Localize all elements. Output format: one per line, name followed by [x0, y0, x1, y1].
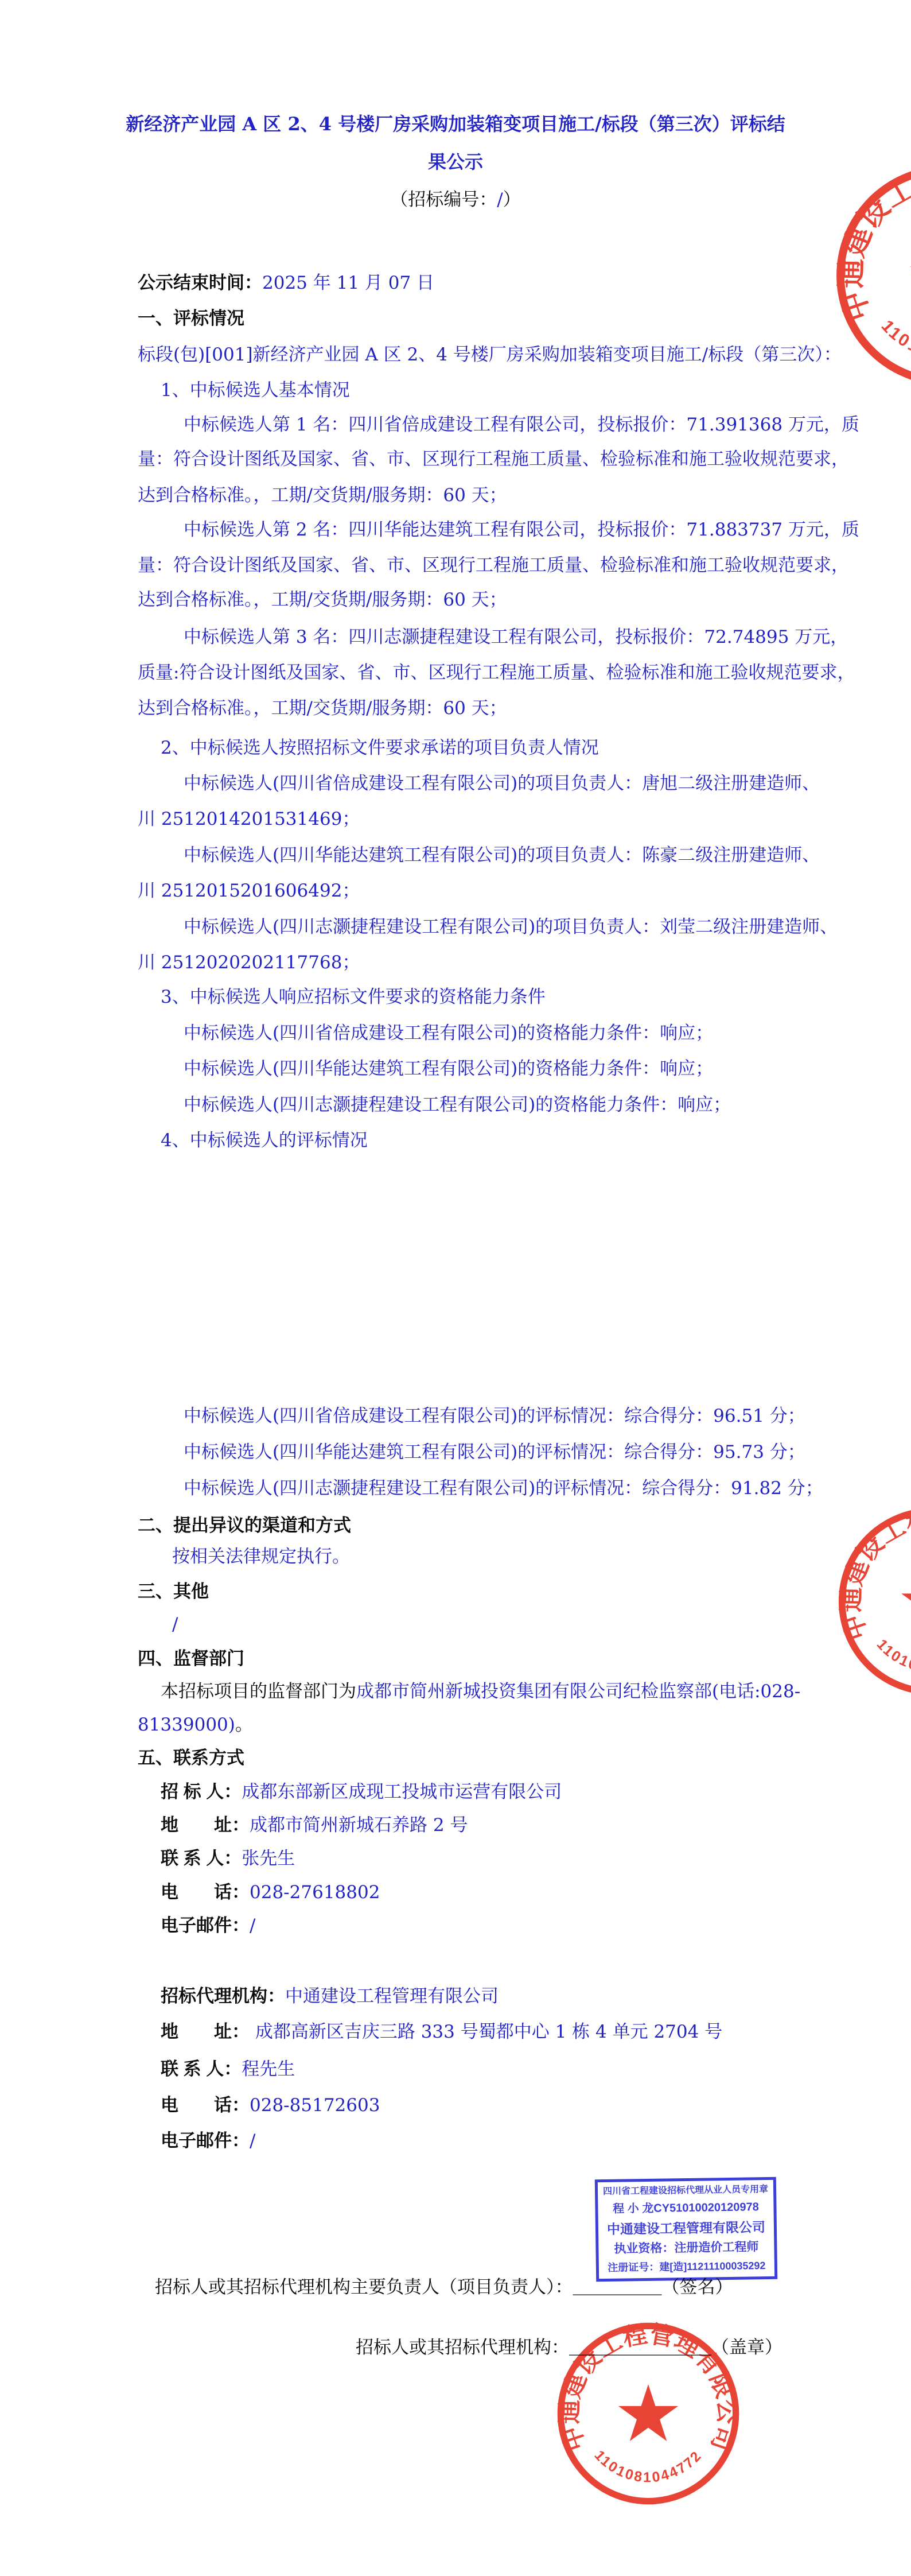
other-text: /: [172, 1612, 178, 1636]
company-seal-bottom: [554, 2319, 743, 2508]
stamp-line-qualification: 执业资格：注册造价工程师: [614, 2241, 758, 2257]
manager-3-line2: 川 2512020202117768；: [138, 951, 360, 975]
tenderer-name: 招 标 人：成都东部新区成现工投城市运营有限公司: [161, 1780, 562, 1804]
stamp-line-reg-number: 注册证号：建[造]11211100035292: [608, 2260, 765, 2274]
text-span: 4、中标候选人的评标情况: [161, 1130, 368, 1151]
text-span: 按相关法律规定执行。: [172, 1546, 350, 1567]
text-span: 川 2512020202117768；: [138, 952, 360, 973]
bid-section-line: 标段(包)[001]新经济产业园 A 区 2、4 号楼厂房采购加装箱变项目施工/…: [138, 343, 842, 367]
stamp-line-title: 四川省工程建设招标代理从业人员专用章: [603, 2185, 768, 2197]
text-span: 中标候选人第 3 名：四川志灏捷程建设工程有限公司，投标报价：72.74895 …: [184, 627, 848, 647]
score-2: 中标候选人(四川华能达建筑工程有限公司)的评标情况：综合得分：95.73 分；: [184, 1440, 805, 1464]
candidate-2-info-line1: 中标候选人第 2 名：四川华能达建筑工程有限公司，投标报价：71.883737 …: [184, 518, 859, 542]
text-span: 中标候选人(四川志灏捷程建设工程有限公司)的项目负责人：刘莹二级注册建造师、: [184, 917, 838, 937]
page-title-line1: 新经济产业园 A 区 2、4 号楼厂房采购加装箱变项目施工/标段（第三次）评标结: [0, 111, 911, 137]
text-span: 中标候选人(四川华能达建筑工程有限公司)的项目负责人：陈豪二级注册建造师、: [184, 845, 820, 866]
text-span: 达到合格标准。，工期/交货期/服务期：60 天；: [138, 485, 507, 506]
candidate-3-info-line3: 达到合格标准。，工期/交货期/服务期：60 天；: [138, 696, 507, 720]
manager-2-line1: 中标候选人(四川华能达建筑工程有限公司)的项目负责人：陈豪二级注册建造师、: [184, 843, 820, 867]
agency-email: 电子邮件：/: [161, 2129, 255, 2153]
text-span: 量：符合设计图纸及国家、省、市、区现行工程施工质量、检验标准和施工验收规范要求，: [138, 449, 849, 470]
candidate-3-info-line2: 质量:符合设计图纸及国家、省、市、区现行工程施工质量、检验标准和施工验收规范要求…: [138, 661, 855, 685]
tender-number-line: （招标编号：/）: [0, 187, 911, 212]
manager-3-line1: 中标候选人(四川志灏捷程建设工程有限公司)的项目负责人：刘莹二级注册建造师、: [184, 915, 838, 939]
document-page: 新经济产业园 A 区 2、4 号楼厂房采购加装箱变项目施工/标段（第三次）评标结…: [0, 0, 911, 2576]
subsection-2-heading: 2、中标候选人按照招标文件要求承诺的项目负责人情况: [161, 736, 599, 760]
text-span: 招标人或其招标代理机构主要负责人（项目负责人）：: [155, 2277, 573, 2298]
subsection-1-heading: 1、中标候选人基本情况: [161, 378, 350, 402]
agency-name: 招标代理机构：中通建设工程管理有限公司: [161, 1984, 499, 2008]
text-span: 电子邮件：: [161, 1915, 250, 1935]
company-seal-top-right: [832, 161, 911, 390]
text-span: 中标候选人(四川省倍成建设工程有限公司)的项目负责人：唐旭二级注册建造师、: [184, 773, 820, 794]
candidate-2-info-line2: 量：符合设计图纸及国家、省、市、区现行工程施工质量、检验标准和施工验收规范要求，: [138, 553, 849, 577]
text-span: 中标候选人(四川志灏捷程建设工程有限公司)的资格能力条件：响应；: [184, 1095, 731, 1115]
text-span: 川 2512015201606492；: [138, 880, 360, 901]
section-1-heading: 一、评标情况: [138, 307, 244, 331]
text-span: 成都东部新区成现工投城市运营有限公司: [242, 1782, 562, 1802]
text-span: 3、中标候选人响应招标文件要求的资格能力条件: [161, 987, 546, 1007]
text-span: 2、中标候选人按照招标文件要求承诺的项目负责人情况: [161, 738, 599, 758]
text-span: 川 2512014201531469；: [138, 809, 360, 829]
text-span: 一、评标情况: [138, 308, 244, 328]
text-span: 电子邮件：: [161, 2131, 250, 2151]
text-span: 质量:符合设计图纸及国家、省、市、区现行工程施工质量、检验标准和施工验收规范要求…: [138, 662, 855, 683]
text-span: 三、其他: [138, 1581, 209, 1601]
candidate-3-info-line1: 中标候选人第 3 名：四川志灏捷程建设工程有限公司，投标报价：72.74895 …: [184, 625, 848, 649]
qualification-1: 中标候选人(四川省倍成建设工程有限公司)的资格能力条件：响应；: [184, 1021, 713, 1045]
text-span: 中标候选人第 1 名：四川省倍成建设工程有限公司，投标报价：71.391368 …: [184, 414, 859, 435]
tender-number-label-close: ）: [503, 189, 521, 210]
section-4-heading: 四、监督部门: [138, 1647, 244, 1671]
text-span: 地 址：: [161, 1815, 250, 1835]
manager-2-line2: 川 2512015201606492；: [138, 879, 360, 903]
text-span: 达到合格标准。，工期/交货期/服务期：60 天；: [138, 589, 507, 610]
text-span: 五、联系方式: [138, 1748, 244, 1768]
score-3: 中标候选人(四川志灏捷程建设工程有限公司)的评标情况：综合得分：91.82 分；: [184, 1476, 823, 1500]
supervision-line2: 81339000)。: [138, 1713, 253, 1737]
text-span: 1、中标候选人基本情况: [161, 380, 350, 401]
qualification-2: 中标候选人(四川华能达建筑工程有限公司)的资格能力条件：响应；: [184, 1057, 713, 1081]
text-span: 028-85172603: [250, 2095, 380, 2116]
publicity-end-time: 公示结束时间：2025 年 11 月 07 日: [138, 271, 434, 295]
stamp-line-name-cert: 程 小 龙CY51010020120978: [613, 2201, 759, 2216]
text-span: 中标候选人(四川华能达建筑工程有限公司)的评标情况：综合得分：95.73 分；: [184, 1442, 805, 1462]
agency-contact: 联 系 人：程先生: [161, 2057, 295, 2081]
tenderer-phone: 电 话：028-27618802: [161, 1880, 380, 1904]
text-span: 中通建设工程管理有限公司: [285, 1986, 499, 2007]
tenderer-contact: 联 系 人：张先生: [161, 1846, 295, 1871]
text-span: 量：符合设计图纸及国家、省、市、区现行工程施工质量、检验标准和施工验收规范要求，: [138, 555, 849, 576]
section-5-heading: 五、联系方式: [138, 1746, 244, 1770]
section-3-heading: 三、其他: [138, 1580, 209, 1604]
text-span: 四、监督部门: [138, 1648, 244, 1669]
text-span: 中标候选人(四川华能达建筑工程有限公司)的资格能力条件：响应；: [184, 1058, 713, 1079]
text-span: 成都市简州新城石养路 2 号: [250, 1815, 468, 1836]
text-span: 028-27618802: [250, 1882, 380, 1903]
text-span: 电 话：: [161, 2095, 250, 2115]
score-1: 中标候选人(四川省倍成建设工程有限公司)的评标情况：综合得分：96.51 分；: [184, 1404, 805, 1428]
agent-practitioner-stamp: 四川省工程建设招标代理从业人员专用章 程 小 龙CY51010020120978…: [595, 2177, 777, 2282]
text-span: 程先生: [242, 2059, 295, 2080]
agency-address: 地 址： 成都高新区吉庆三路 333 号蜀都中心 1 栋 4 单元 2704 号: [161, 2020, 722, 2044]
candidate-2-info-line3: 达到合格标准。，工期/交货期/服务期：60 天；: [138, 588, 507, 612]
tenderer-email: 电子邮件：/: [161, 1914, 255, 1938]
text-span: 联 系 人：: [161, 1848, 242, 1868]
agency-phone: 电 话：028-85172603: [161, 2093, 380, 2117]
text-span: 81339000): [138, 1714, 235, 1735]
candidate-1-info-line2: 量：符合设计图纸及国家、省、市、区现行工程施工质量、检验标准和施工验收规范要求，: [138, 447, 849, 471]
text-span: 成都市简州新城投资集团有限公司纪检监察部(电话:028-: [356, 1681, 800, 1702]
text-span: 招标代理机构：: [161, 1986, 285, 2006]
text-span: 成都高新区吉庆三路 333 号蜀都中心 1 栋 4 单元 2704 号: [250, 2022, 722, 2042]
candidate-1-info-line1: 中标候选人第 1 名：四川省倍成建设工程有限公司，投标报价：71.391368 …: [184, 413, 859, 437]
text-span: 本招标项目的监督部门为: [161, 1681, 356, 1702]
text-span: /: [250, 2131, 255, 2151]
text-span: /: [250, 1915, 255, 1936]
subsection-4-heading: 4、中标候选人的评标情况: [161, 1128, 368, 1153]
supervision-line1: 本招标项目的监督部门为成都市简州新城投资集团有限公司纪检监察部(电话:028-: [161, 1679, 800, 1704]
text-span: /: [172, 1614, 178, 1635]
text-span: 张先生: [242, 1848, 295, 1869]
text-span: 联 系 人：: [161, 2059, 242, 2079]
tender-number-label-open: （招标编号：: [390, 189, 497, 210]
text-span: 达到合格标准。，工期/交货期/服务期：60 天；: [138, 698, 507, 719]
tenderer-address: 地 址：成都市简州新城石养路 2 号: [161, 1813, 468, 1837]
candidate-1-info-line3: 达到合格标准。，工期/交货期/服务期：60 天；: [138, 483, 507, 507]
section-2-heading: 二、提出异议的渠道和方式: [138, 1514, 351, 1538]
text-span: 地 址：: [161, 2022, 250, 2042]
manager-1-line1: 中标候选人(四川省倍成建设工程有限公司)的项目负责人：唐旭二级注册建造师、: [184, 771, 820, 796]
manager-1-line2: 川 2512014201531469；: [138, 807, 360, 831]
text-span: 公示结束时间：: [138, 273, 262, 293]
text-span: 标段(包)[001]新经济产业园 A 区 2、4 号楼厂房采购加装箱变项目施工/…: [138, 344, 842, 365]
text-span: 中标候选人(四川省倍成建设工程有限公司)的资格能力条件：响应；: [184, 1023, 713, 1043]
text-span: 。: [235, 1714, 253, 1735]
tender-number-value: /: [497, 189, 503, 210]
text-span: 招标人或其招标代理机构：: [356, 2337, 569, 2358]
text-span: 电 话：: [161, 1882, 250, 1902]
qualification-3: 中标候选人(四川志灏捷程建设工程有限公司)的资格能力条件：响应；: [184, 1093, 731, 1117]
text-span: 中标候选人第 2 名：四川华能达建筑工程有限公司，投标报价：71.883737 …: [184, 519, 859, 540]
text-span: 中标候选人(四川志灏捷程建设工程有限公司)的评标情况：综合得分：91.82 分；: [184, 1478, 823, 1499]
text-span: 招 标 人：: [161, 1782, 242, 1802]
objection-text: 按相关法律规定执行。: [172, 1545, 350, 1569]
text-span: 中标候选人(四川省倍成建设工程有限公司)的评标情况：综合得分：96.51 分；: [184, 1406, 805, 1426]
company-seal-middle-right: [835, 1504, 911, 1699]
subsection-3-heading: 3、中标候选人响应招标文件要求的资格能力条件: [161, 985, 546, 1009]
page-title-line2: 果公示: [0, 149, 911, 174]
stamp-line-company: 中通建设工程管理有限公司: [607, 2220, 765, 2237]
text-span: 二、提出异议的渠道和方式: [138, 1515, 351, 1535]
text-span: 2025 年 11 月 07 日: [262, 273, 434, 293]
